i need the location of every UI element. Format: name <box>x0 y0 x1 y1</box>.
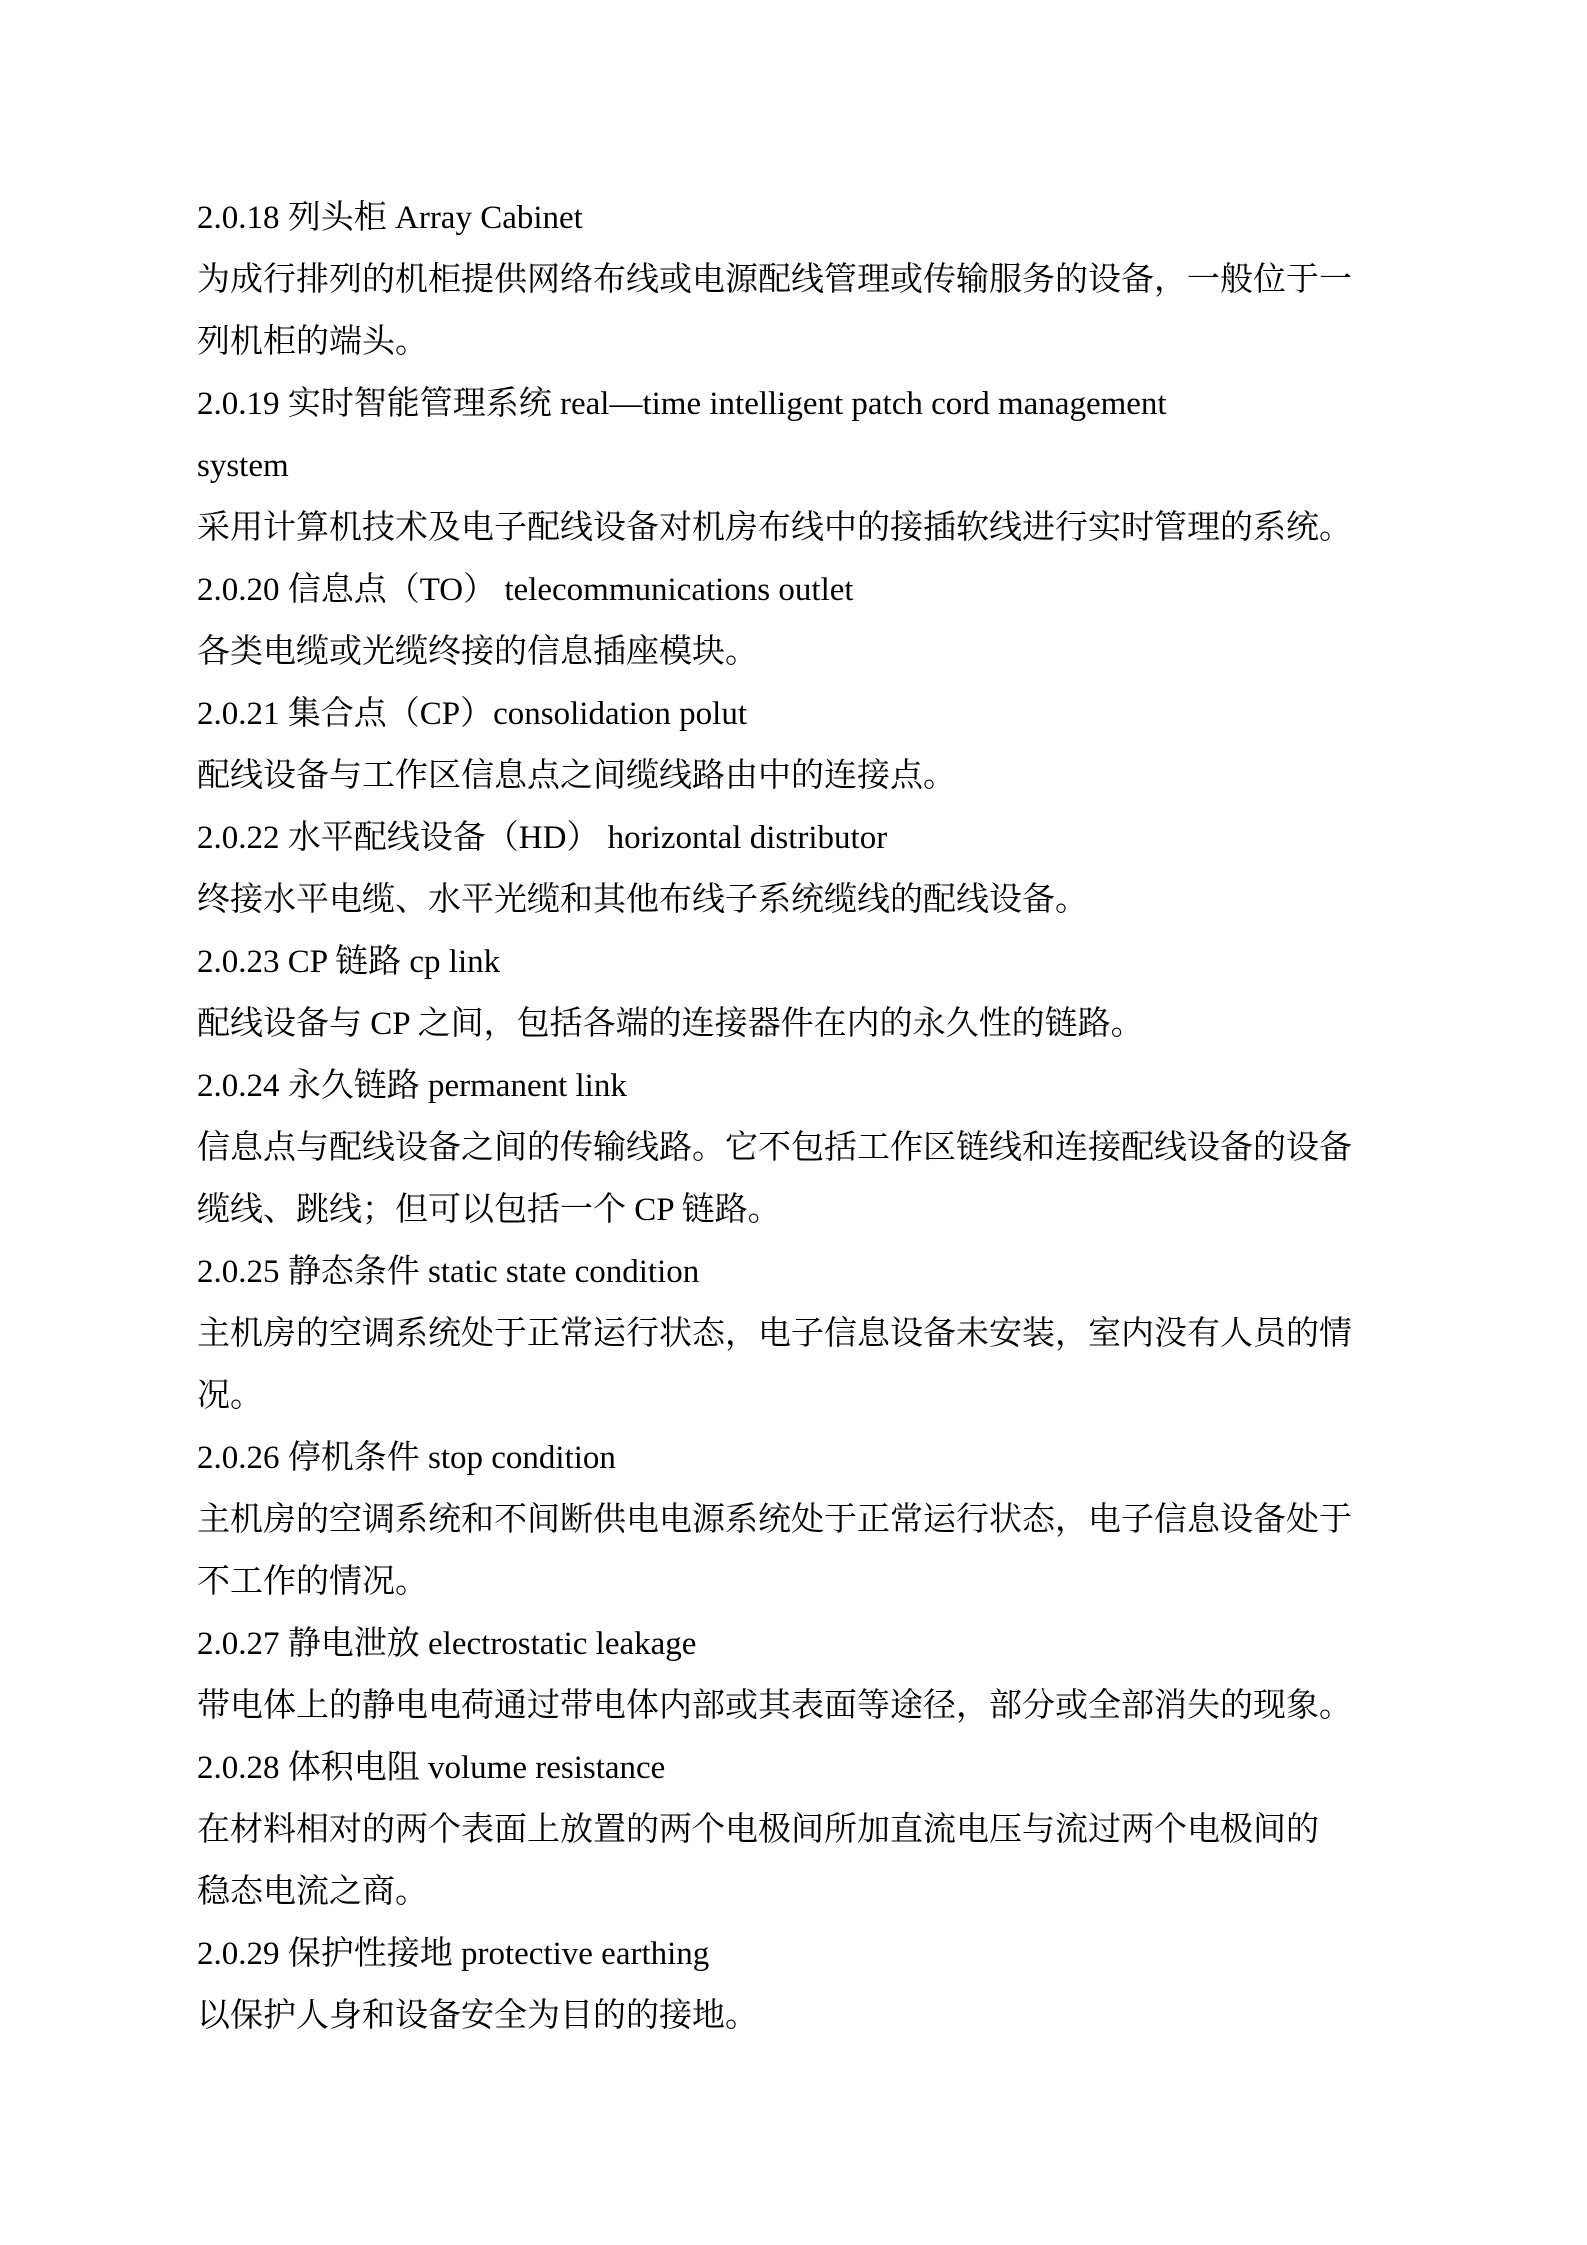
definition-entry: 2.0.25 静态条件 static state condition 主机房的空… <box>197 1241 1397 1427</box>
definition-line: 信息点与配线设备之间的传输线路。它不包括工作区链线和连接配线设备的设备 <box>197 1117 1397 1179</box>
term-line: 2.0.18 列头柜 Array Cabinet <box>197 187 1397 249</box>
definition-line: 在材料相对的两个表面上放置的两个电极间所加直流电压与流过两个电极间的 <box>197 1799 1397 1861</box>
term-line: 2.0.23 CP 链路 cp link <box>197 931 1397 993</box>
definition-entry: 2.0.22 水平配线设备（HD） horizontal distributor… <box>197 807 1397 931</box>
definition-line: 配线设备与工作区信息点之间缆线路由中的连接点。 <box>197 745 1397 807</box>
term-line: 2.0.28 体积电阻 volume resistance <box>197 1737 1397 1799</box>
definition-entry: 2.0.26 停机条件 stop condition 主机房的空调系统和不间断供… <box>197 1427 1397 1613</box>
definition-entry: 2.0.29 保护性接地 protective earthing 以保护人身和设… <box>197 1923 1397 2047</box>
definition-line: 主机房的空调系统处于正常运行状态，电子信息设备未安装，室内没有人员的情 <box>197 1303 1397 1365</box>
document-page: 2.0.18 列头柜 Array Cabinet 为成行排列的机柜提供网络布线或… <box>197 187 1397 2047</box>
definition-line: 况。 <box>197 1365 1397 1427</box>
definition-line: 不工作的情况。 <box>197 1551 1397 1613</box>
definition-entry: 2.0.18 列头柜 Array Cabinet 为成行排列的机柜提供网络布线或… <box>197 187 1397 373</box>
definition-entry: 2.0.27 静电泄放 electrostatic leakage 带电体上的静… <box>197 1613 1397 1737</box>
definition-line: 稳态电流之商。 <box>197 1861 1397 1923</box>
definition-line: 主机房的空调系统和不间断供电电源系统处于正常运行状态，电子信息设备处于 <box>197 1489 1397 1551</box>
definition-line: 带电体上的静电电荷通过带电体内部或其表面等途径，部分或全部消失的现象。 <box>197 1675 1397 1737</box>
definition-line: 终接水平电缆、水平光缆和其他布线子系统缆线的配线设备。 <box>197 869 1397 931</box>
definition-line: 各类电缆或光缆终接的信息插座模块。 <box>197 621 1397 683</box>
definition-line: 为成行排列的机柜提供网络布线或电源配线管理或传输服务的设备，一般位于一 <box>197 249 1397 311</box>
definition-line: 配线设备与 CP 之间，包括各端的连接器件在内的永久性的链路。 <box>197 993 1397 1055</box>
definition-entry: 2.0.23 CP 链路 cp link 配线设备与 CP 之间，包括各端的连接… <box>197 931 1397 1055</box>
term-line: 2.0.27 静电泄放 electrostatic leakage <box>197 1613 1397 1675</box>
term-line: 2.0.21 集合点（CP）consolidation polut <box>197 683 1397 745</box>
term-line: 2.0.29 保护性接地 protective earthing <box>197 1923 1397 1985</box>
definition-line: 缆线、跳线；但可以包括一个 CP 链路。 <box>197 1179 1397 1241</box>
term-line: 2.0.24 永久链路 permanent link <box>197 1055 1397 1117</box>
definition-entry: 2.0.24 永久链路 permanent link 信息点与配线设备之间的传输… <box>197 1055 1397 1241</box>
definition-entry: 2.0.28 体积电阻 volume resistance 在材料相对的两个表面… <box>197 1737 1397 1923</box>
definition-line: 列机柜的端头。 <box>197 311 1397 373</box>
term-line: 2.0.20 信息点（TO） telecommunications outlet <box>197 559 1397 621</box>
definition-entry: 2.0.20 信息点（TO） telecommunications outlet… <box>197 559 1397 683</box>
definition-line: 以保护人身和设备安全为目的的接地。 <box>197 1985 1397 2047</box>
term-line: 2.0.19 实时智能管理系统 real—time intelligent pa… <box>197 373 1397 435</box>
term-line: 2.0.25 静态条件 static state condition <box>197 1241 1397 1303</box>
definition-entry: 2.0.21 集合点（CP）consolidation polut 配线设备与工… <box>197 683 1397 807</box>
term-line: system <box>197 435 1397 497</box>
term-line: 2.0.26 停机条件 stop condition <box>197 1427 1397 1489</box>
definition-line: 采用计算机技术及电子配线设备对机房布线中的接插软线进行实时管理的系统。 <box>197 497 1397 559</box>
definition-entry: 2.0.19 实时智能管理系统 real—time intelligent pa… <box>197 373 1397 559</box>
term-line: 2.0.22 水平配线设备（HD） horizontal distributor <box>197 807 1397 869</box>
